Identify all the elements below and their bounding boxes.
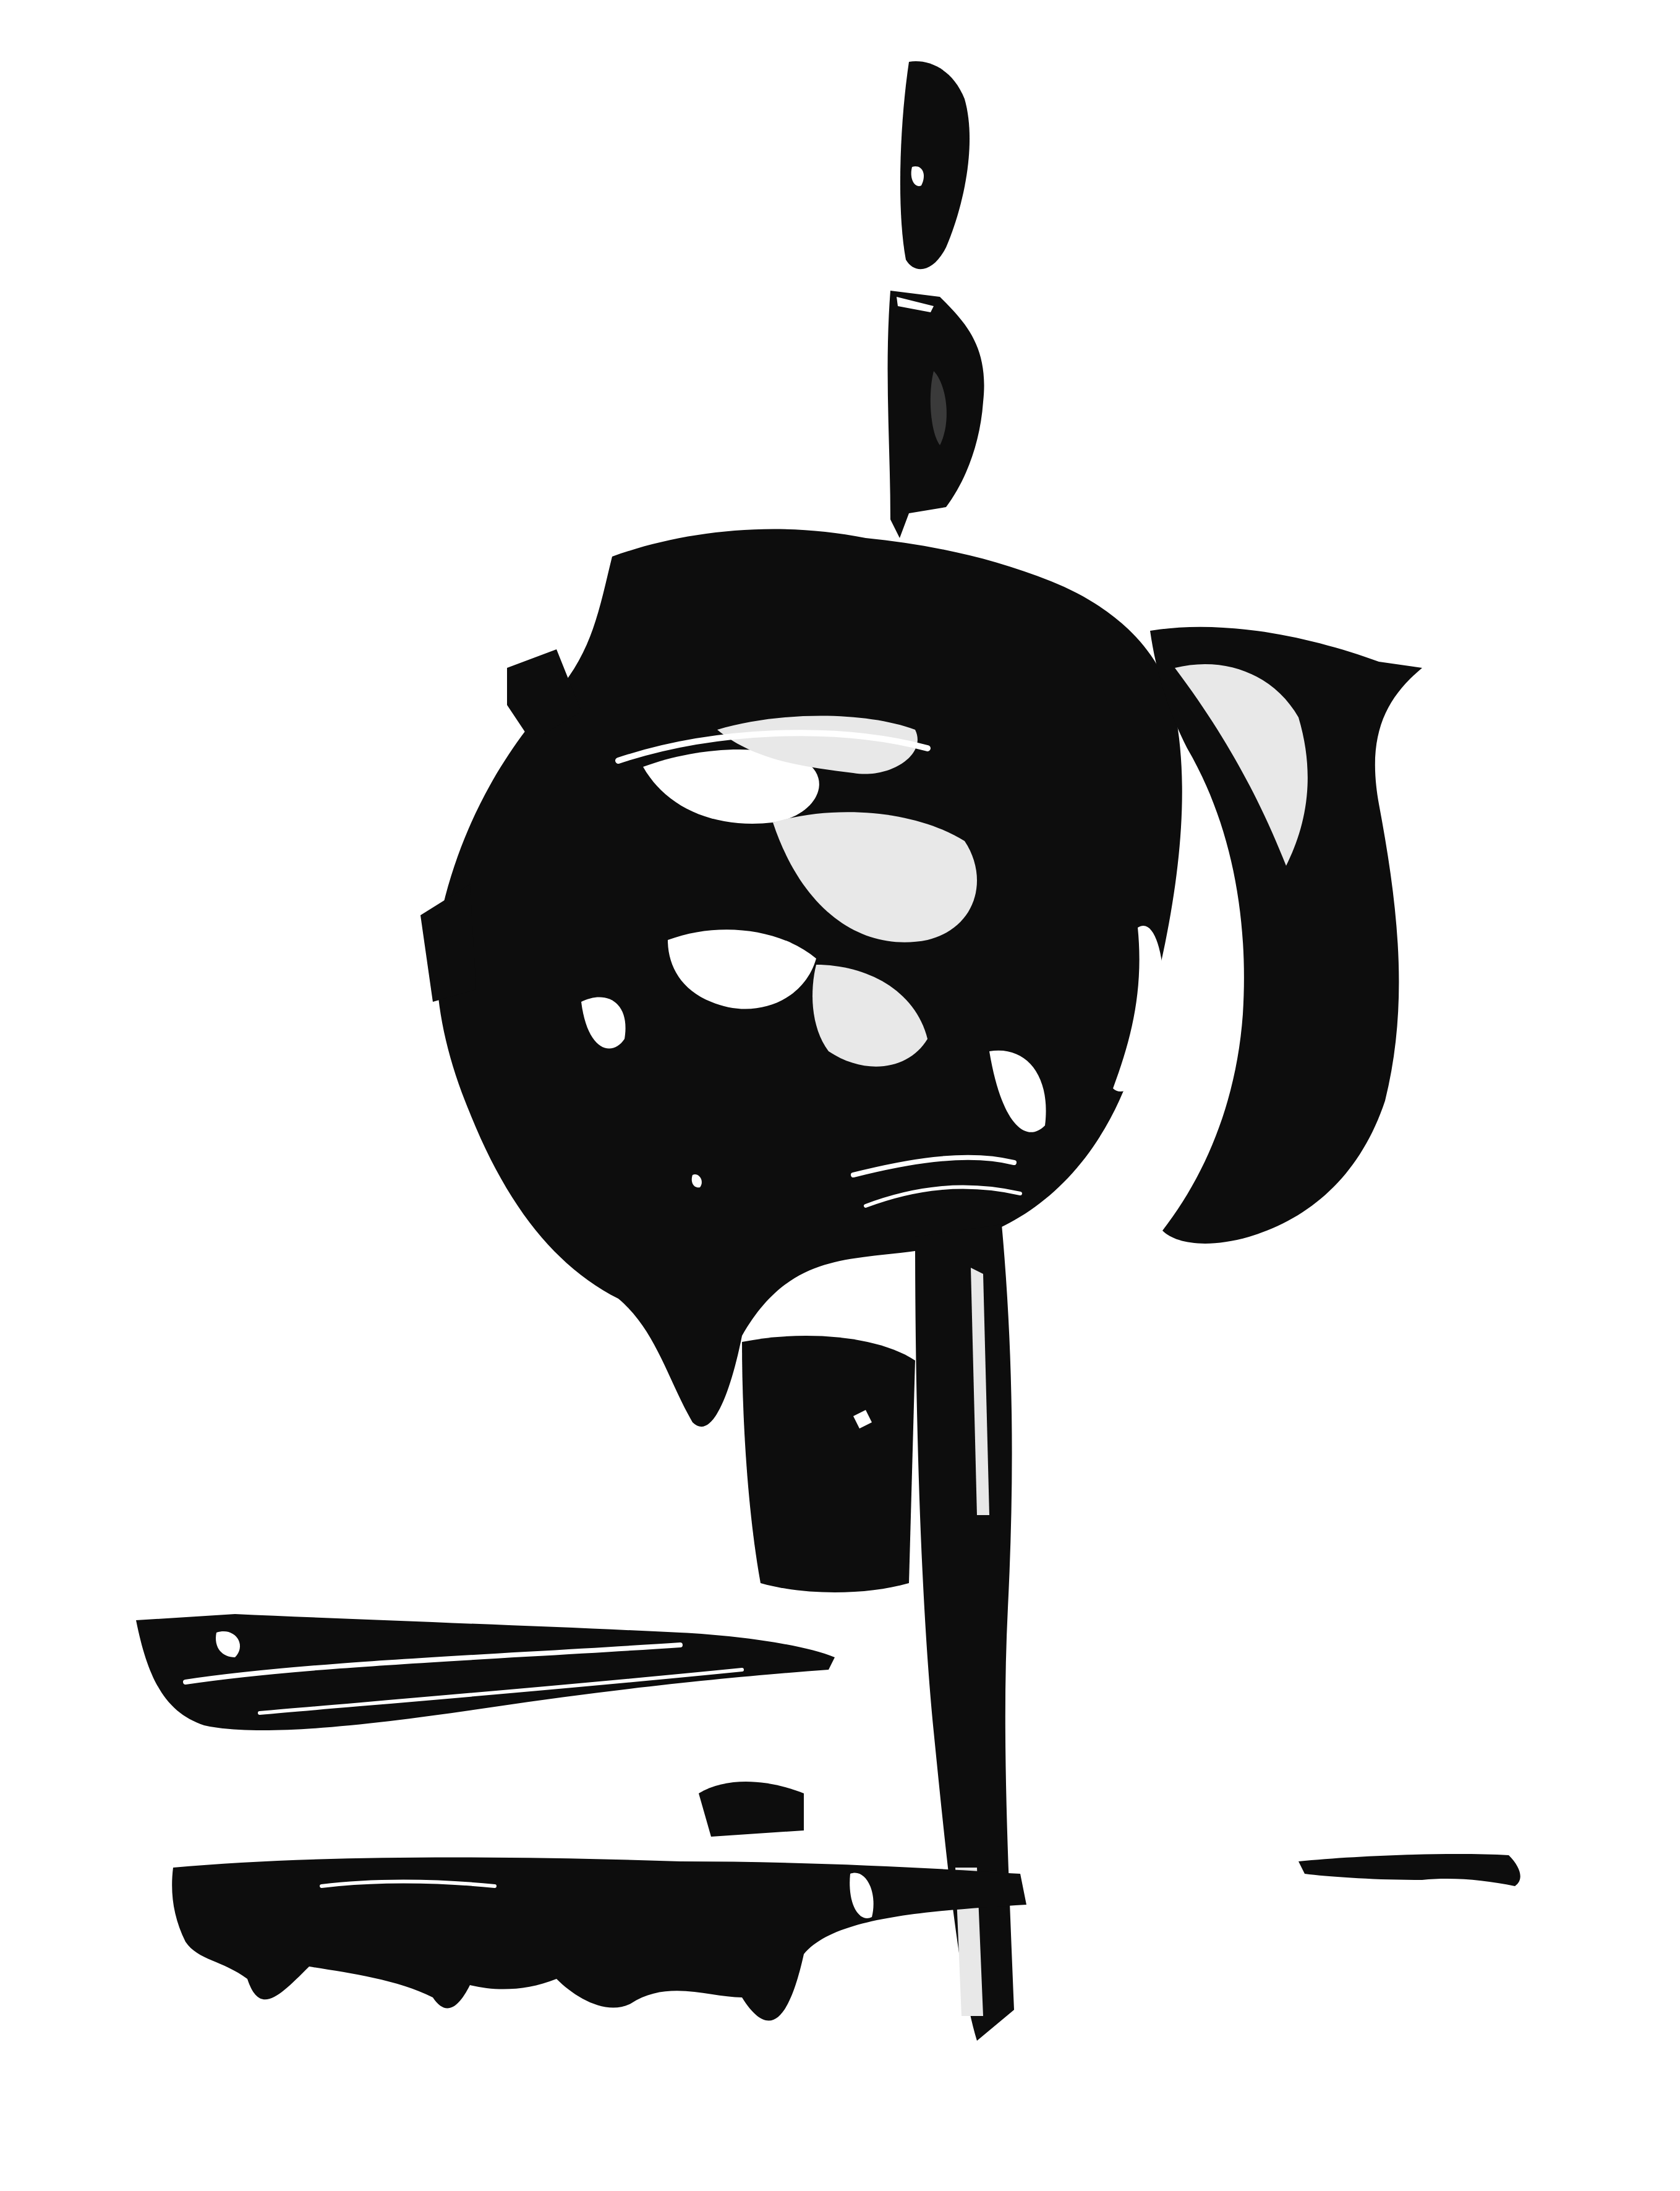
top-vertical-stroke [900, 61, 970, 269]
mid-vertical-stroke [888, 291, 984, 538]
central-mass [420, 529, 1182, 1427]
upper-horizontal-stroke [136, 1614, 835, 1730]
lower-horizontal-stroke [172, 1782, 1026, 2020]
abstract-ink-painting [0, 0, 1680, 2191]
painting-canvas [0, 0, 1680, 2191]
right-dash [1298, 1854, 1520, 1886]
